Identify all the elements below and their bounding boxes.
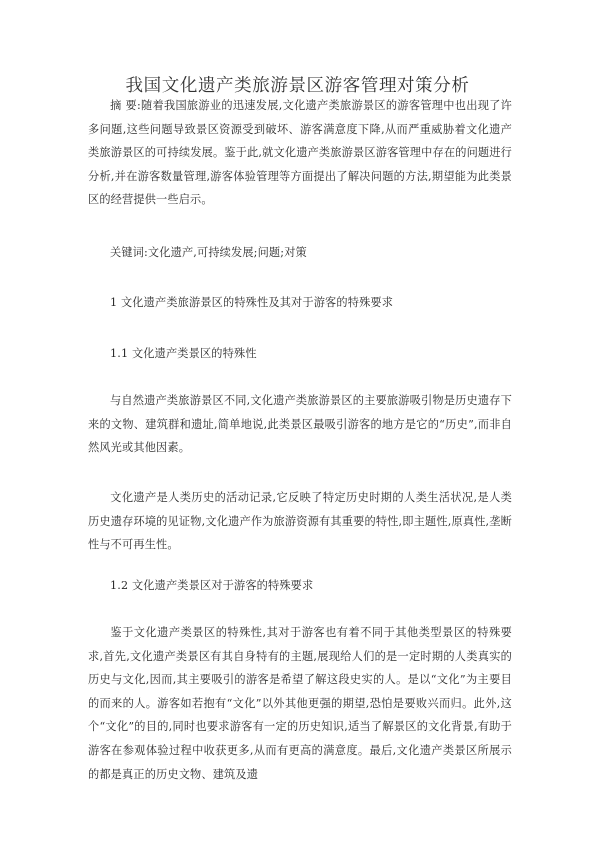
abstract-paragraph: 摘 要:随着我国旅游业的迅速发展,文化遗产类旅游景区的游客管理中也出现了许多问题… bbox=[88, 94, 512, 212]
section-1-1-heading: 1.1 文化遗产类景区的特殊性 bbox=[110, 345, 257, 361]
section-1-heading: 1 文化遗产类旅游景区的特殊性及其对于游客的特殊要求 bbox=[110, 294, 393, 310]
document-page: 我国文化遗产类旅游景区游客管理对策分析 摘 要:随着我国旅游业的迅速发展,文化遗… bbox=[0, 0, 595, 842]
section-1-2-paragraph-1: 鉴于文化遗产类景区的特殊性,其对于游客也有着不同于其他类型景区的特殊要求,首先,… bbox=[88, 621, 512, 786]
section-1-2-heading: 1.2 文化遗产类景区对于游客的特殊要求 bbox=[110, 577, 313, 593]
keywords: 关键词:文化遗产,可持续发展;问题;对策 bbox=[110, 244, 307, 260]
section-1-1-paragraph-1: 与自然遗产类旅游景区不同,文化遗产类旅游景区的主要旅游吸引物是历史遗存下来的文物… bbox=[88, 389, 512, 460]
abstract-text: 随着我国旅游业的迅速发展,文化遗产类旅游景区的游客管理中也出现了许多问题,这些问… bbox=[88, 99, 512, 206]
section-1-1-paragraph-2: 文化遗产是人类历史的活动记录,它反映了特定历史时期的人类生活状况,是人类历史遗存… bbox=[88, 486, 512, 557]
abstract-label: 摘 要: bbox=[110, 99, 141, 112]
